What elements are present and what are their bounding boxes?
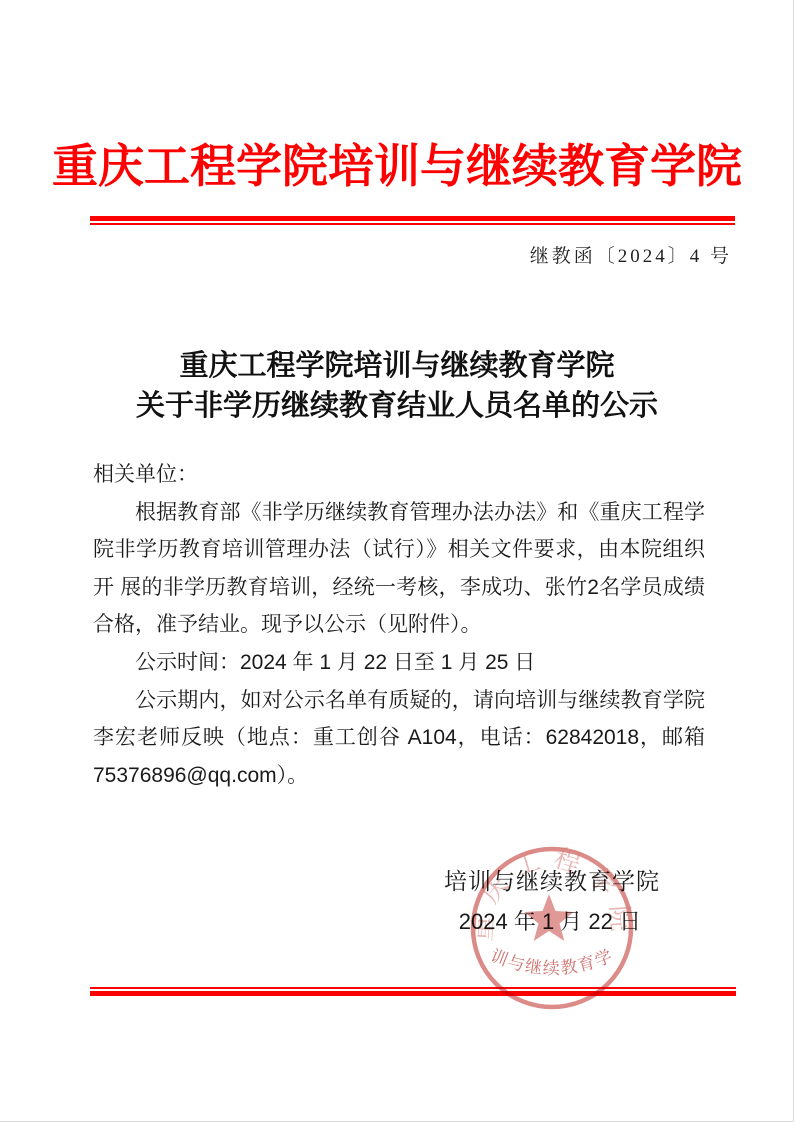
document-number: 继教函〔2024〕4 号 xyxy=(530,241,732,268)
red-separator-bottom xyxy=(90,987,736,996)
paragraph: 根据教育部《非学历继续教育管理办法办法》和《重庆工程学院非学历教育培训管理办法（… xyxy=(93,494,705,644)
salutation: 相关单位： xyxy=(93,456,705,494)
letterhead-title: 重庆工程学院培训与继续教育学院 xyxy=(0,134,794,200)
document-title-line1: 重庆工程学院培训与继续教育学院 xyxy=(0,346,794,386)
document-page: 重庆工程学院培训与继续教育学院 继教函〔2024〕4 号 重庆工程学院培训与继续… xyxy=(0,0,794,1122)
document-title-line2: 关于非学历继续教育结业人员名单的公示 xyxy=(0,386,794,426)
paragraph-contact: 公示期内，如对公示名单有质疑的，请向培训与继续教育学院李宏老师反映（地点：重工创… xyxy=(93,682,705,795)
document-body: 相关单位： 根据教育部《非学历继续教育管理办法办法》和《重庆工程学院非学历教育培… xyxy=(93,456,705,794)
red-separator-top xyxy=(90,216,735,225)
paragraph-publicity-period: 公示时间：2024 年 1 月 22 日至 1 月 25 日 xyxy=(93,644,705,682)
signature-organization: 培训与继续教育学院 xyxy=(444,863,660,896)
signature-date: 2024 年 1 月 22 日 xyxy=(459,905,641,936)
document-title: 重庆工程学院培训与继续教育学院 关于非学历继续教育结业人员名单的公示 xyxy=(0,346,794,426)
